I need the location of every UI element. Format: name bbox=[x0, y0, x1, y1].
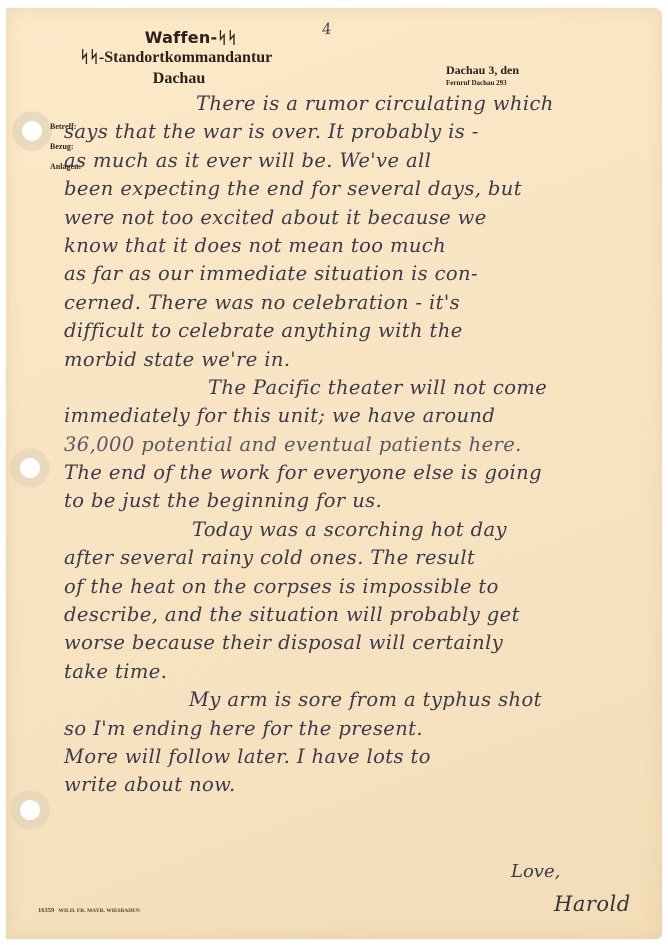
letterhead-line-3: Dachau bbox=[46, 68, 306, 90]
letter-page: Waffen-ᛋᛋ ᛋᛋ-Standortkommandantur Dachau… bbox=[6, 8, 662, 939]
punch-hole-middle bbox=[20, 458, 40, 478]
letterhead-line-1: Waffen-ᛋᛋ bbox=[46, 28, 306, 48]
dateline-phone: Fernruf Dachau 293 bbox=[446, 78, 519, 88]
letter-line: been expecting the end for several days,… bbox=[64, 175, 654, 203]
printer-mark-text: WILH. FR. MAYR, WIESBADEN bbox=[59, 908, 140, 914]
page-number-mark: 4 bbox=[321, 19, 333, 38]
letter-closing: Love, bbox=[511, 861, 560, 882]
printer-mark-number: 16359 bbox=[38, 907, 54, 914]
letter-line: take time. bbox=[64, 658, 654, 686]
printer-mark: 16359 WILH. FR. MAYR, WIESBADEN bbox=[38, 907, 140, 914]
letter-body: There is a rumor circulating which says … bbox=[64, 90, 654, 800]
letter-line: My arm is sore from a typhus shot bbox=[64, 686, 654, 714]
letter-line: as far as our immediate situation is con… bbox=[64, 260, 654, 288]
letter-line: describe, and the situation will probabl… bbox=[64, 601, 654, 629]
letterhead-line-2: ᛋᛋ-Standortkommandantur bbox=[46, 48, 306, 68]
dateline: Dachau 3, den Fernruf Dachau 293 bbox=[446, 63, 519, 88]
letter-line: morbid state we're in. bbox=[64, 346, 654, 374]
letter-line: immediately for this unit; we have aroun… bbox=[64, 402, 654, 430]
letter-line: write about now. bbox=[64, 771, 654, 799]
letter-line: Today was a scorching hot day bbox=[64, 516, 654, 544]
punch-hole-top bbox=[22, 121, 42, 141]
dateline-place: Dachau 3, den bbox=[446, 63, 519, 77]
letter-signature: Harold bbox=[554, 892, 631, 916]
letter-line: so I'm ending here for the present. bbox=[64, 715, 654, 743]
letter-line: difficult to celebrate anything with the bbox=[64, 317, 654, 345]
letter-line: 36,000 potential and eventual patients h… bbox=[64, 431, 654, 459]
letter-line: after several rainy cold ones. The resul… bbox=[64, 544, 654, 572]
letter-line: There is a rumor circulating which bbox=[64, 90, 654, 118]
letter-line: says that the war is over. It probably i… bbox=[64, 118, 654, 146]
letter-line: know that it does not mean too much bbox=[64, 232, 654, 260]
letter-line: The end of the work for everyone else is… bbox=[64, 459, 654, 487]
letterhead: Waffen-ᛋᛋ ᛋᛋ-Standortkommandantur Dachau bbox=[46, 28, 306, 90]
letter-line: worse because their disposal will certai… bbox=[64, 629, 654, 657]
letter-line: were not too excited about it because we bbox=[64, 204, 654, 232]
letter-line: More will follow later. I have lots to bbox=[64, 743, 654, 771]
letter-line: as much as it ever will be. We've all bbox=[64, 147, 654, 175]
letter-line: cerned. There was no celebration - it's bbox=[64, 289, 654, 317]
punch-hole-bottom bbox=[20, 800, 40, 820]
letter-line: to be just the beginning for us. bbox=[64, 487, 654, 515]
letter-line: The Pacific theater will not come bbox=[64, 374, 654, 402]
letter-line: of the heat on the corpses is impossible… bbox=[64, 573, 654, 601]
